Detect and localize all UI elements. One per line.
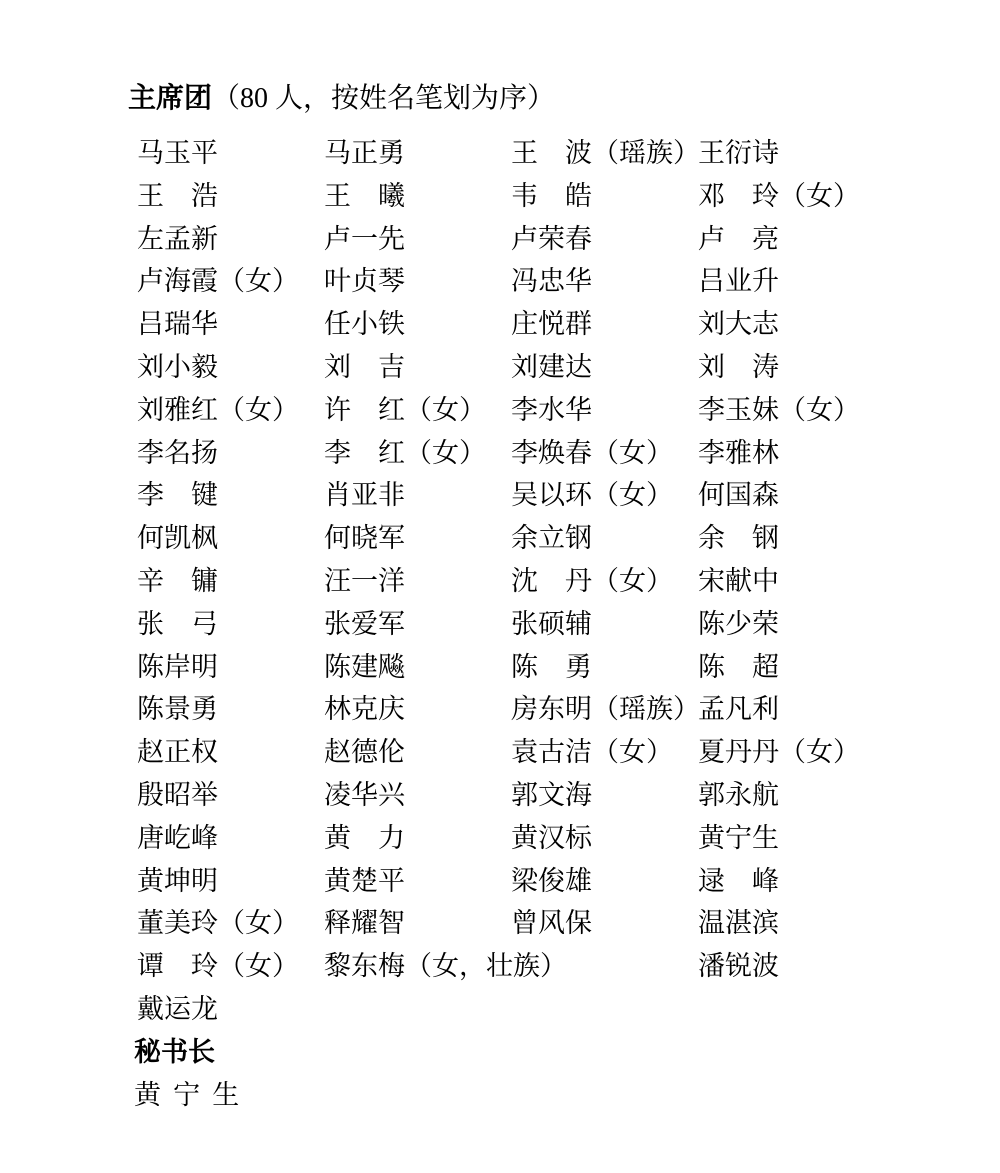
name-cell: 黄宁生 <box>698 817 878 860</box>
secretary-section-heading: 秘书长 <box>134 1031 215 1074</box>
name-cell: 李水华 <box>511 389 698 432</box>
name-cell: 李 键 <box>137 474 324 517</box>
name-cell: 李 红（女） <box>324 432 511 475</box>
name-cell: 李焕春（女） <box>511 432 698 475</box>
name-cell: 袁古洁（女） <box>511 731 698 774</box>
name-cell: 沈 丹（女） <box>511 560 698 603</box>
name-cell: 谭 玲（女） <box>137 945 324 988</box>
name-cell: 李玉妹（女） <box>698 389 878 432</box>
name-cell-empty <box>324 988 511 1031</box>
name-cell: 房东明（瑶族） <box>511 688 698 731</box>
name-cell: 王 波（瑶族） <box>511 132 698 175</box>
name-cell: 黄汉标 <box>511 817 698 860</box>
name-cell: 梁俊雄 <box>511 860 698 903</box>
name-cell: 张爱军 <box>324 603 511 646</box>
name-cell: 左孟新 <box>137 218 324 261</box>
name-cell: 马玉平 <box>137 132 324 175</box>
name-cell: 汪一洋 <box>324 560 511 603</box>
name-cell: 庄悦群 <box>511 303 698 346</box>
name-cell: 何凯枫 <box>137 517 324 560</box>
name-cell-empty <box>511 945 698 988</box>
name-cell: 王衍诗 <box>698 132 878 175</box>
document-page: 主席团（80 人，按姓名笔划为序） 马玉平马正勇王 波（瑶族）王衍诗王 浩王 曦… <box>0 0 1000 1173</box>
name-cell: 吴以环（女） <box>511 474 698 517</box>
name-cell: 陈岸明 <box>137 646 324 689</box>
name-cell: 郭永航 <box>698 774 878 817</box>
secretary-name: 黄宁生 <box>134 1074 251 1117</box>
name-cell: 陈景勇 <box>137 688 324 731</box>
name-cell: 韦 皓 <box>511 175 698 218</box>
name-cell: 许 红（女） <box>324 389 511 432</box>
name-cell: 温湛滨 <box>698 902 878 945</box>
name-cell: 郭文海 <box>511 774 698 817</box>
name-cell: 黄 力 <box>324 817 511 860</box>
name-cell: 冯忠华 <box>511 260 698 303</box>
name-cell: 潘锐波 <box>698 945 878 988</box>
name-cell: 赵正权 <box>137 731 324 774</box>
name-cell: 林克庆 <box>324 688 511 731</box>
name-cell: 赵德伦 <box>324 731 511 774</box>
name-cell: 何国森 <box>698 474 878 517</box>
name-cell: 卢海霞（女） <box>137 260 324 303</box>
name-cell: 曾风保 <box>511 902 698 945</box>
name-cell: 任小铁 <box>324 303 511 346</box>
name-cell: 卢荣春 <box>511 218 698 261</box>
page-title: 主席团（80 人，按姓名笔划为序） <box>128 84 555 114</box>
name-cell: 殷昭举 <box>137 774 324 817</box>
presidium-roster: 马玉平马正勇王 波（瑶族）王衍诗王 浩王 曦韦 皓邓 玲（女）左孟新卢一先卢荣春… <box>137 132 878 1031</box>
name-cell: 刘大志 <box>698 303 878 346</box>
name-cell: 董美玲（女） <box>137 902 324 945</box>
name-cell: 刘雅红（女） <box>137 389 324 432</box>
name-cell: 张 弓 <box>137 603 324 646</box>
name-cell: 肖亚非 <box>324 474 511 517</box>
name-cell: 黄楚平 <box>324 860 511 903</box>
name-cell: 陈少荣 <box>698 603 878 646</box>
name-cell: 张硕辅 <box>511 603 698 646</box>
name-cell-empty <box>511 988 698 1031</box>
name-cell: 释耀智 <box>324 902 511 945</box>
name-cell: 凌华兴 <box>324 774 511 817</box>
name-cell: 唐屹峰 <box>137 817 324 860</box>
name-cell: 黄坤明 <box>137 860 324 903</box>
name-cell: 吕瑞华 <box>137 303 324 346</box>
name-cell: 吕业升 <box>698 260 878 303</box>
name-cell-empty <box>698 988 878 1031</box>
name-cell: 叶贞琴 <box>324 260 511 303</box>
name-cell: 孟凡利 <box>698 688 878 731</box>
name-cell: 马正勇 <box>324 132 511 175</box>
name-cell: 卢一先 <box>324 218 511 261</box>
name-cell: 王 浩 <box>137 175 324 218</box>
name-cell: 余立钢 <box>511 517 698 560</box>
name-cell: 何晓军 <box>324 517 511 560</box>
name-cell: 李名扬 <box>137 432 324 475</box>
name-cell: 刘 吉 <box>324 346 511 389</box>
name-cell: 夏丹丹（女） <box>698 731 878 774</box>
page-title-main: 主席团 <box>128 83 212 114</box>
name-cell: 辛 镛 <box>137 560 324 603</box>
name-cell: 邓 玲（女） <box>698 175 878 218</box>
name-cell: 逯 峰 <box>698 860 878 903</box>
name-cell: 刘建达 <box>511 346 698 389</box>
name-cell: 卢 亮 <box>698 218 878 261</box>
name-cell: 刘小毅 <box>137 346 324 389</box>
name-cell: 戴运龙 <box>137 988 324 1031</box>
name-cell: 刘 涛 <box>698 346 878 389</box>
name-cell: 宋献中 <box>698 560 878 603</box>
name-cell: 陈建飚 <box>324 646 511 689</box>
page-title-sub: （80 人，按姓名笔划为序） <box>212 83 555 114</box>
name-cell: 黎东梅（女，壮族） <box>324 945 511 988</box>
name-cell: 余 钢 <box>698 517 878 560</box>
name-cell: 陈 超 <box>698 646 878 689</box>
name-cell: 陈 勇 <box>511 646 698 689</box>
name-cell: 王 曦 <box>324 175 511 218</box>
name-cell: 李雅林 <box>698 432 878 475</box>
